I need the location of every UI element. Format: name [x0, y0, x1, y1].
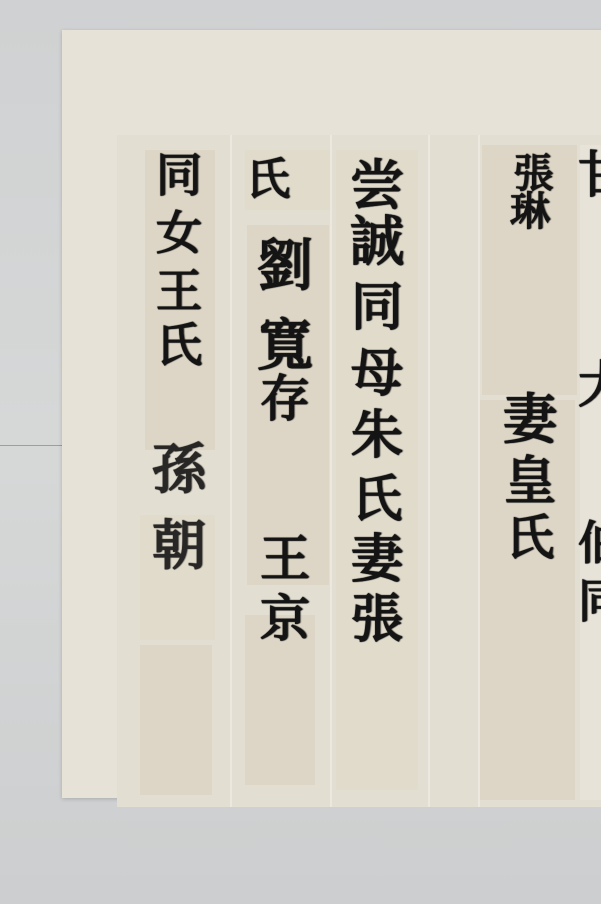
- seal-character: 存: [260, 374, 310, 424]
- seal-character: 王: [156, 268, 202, 314]
- seal-character: 張: [351, 594, 403, 646]
- seal-character: 氏: [352, 474, 402, 524]
- seal-character: 氏: [506, 514, 554, 562]
- seal-character: 妻: [503, 392, 557, 446]
- seal-character: 皇: [504, 456, 556, 508]
- seal-character: 同: [578, 578, 601, 624]
- seal-character: 劉: [257, 238, 313, 294]
- seal-character: 寬: [257, 318, 313, 374]
- text-column-4: 張 琳 妻 皇 氏: [484, 152, 576, 562]
- seal-character: 氏: [156, 322, 202, 368]
- seal-character: 琳: [510, 192, 550, 232]
- seal-character: 尝: [350, 158, 404, 212]
- seal-character: 朝: [152, 518, 206, 572]
- seal-character: 妻: [351, 534, 403, 586]
- text-column-2: 氏 劉 寬 存 王 京: [246, 158, 324, 644]
- text-column-3: 尝 誠 同 母 朱 氏 妻 張: [338, 158, 416, 646]
- seal-character: 王: [260, 534, 310, 584]
- mount-divider: [230, 135, 232, 807]
- seal-character: 女: [156, 210, 202, 256]
- mount-divider: [330, 135, 332, 807]
- seal-character: 孫: [152, 442, 206, 496]
- text-column-5-partial: 甘 大 伯 同: [578, 150, 601, 624]
- seal-character: 朱: [351, 410, 403, 462]
- seal-character: 京: [260, 594, 310, 644]
- mount-divider: [428, 135, 430, 807]
- seal-character: 同: [351, 282, 403, 334]
- character-pair: 張: [510, 152, 550, 192]
- backdrop-edge-line: [0, 445, 62, 446]
- seal-character: 同: [156, 152, 202, 198]
- seal-character: 大: [578, 360, 601, 410]
- seal-character: 母: [351, 348, 403, 400]
- seal-character: 甘: [578, 150, 601, 200]
- seal-character: 張: [510, 152, 550, 192]
- text-column-1: 同 女 王 氏 孫 朝: [148, 152, 210, 572]
- paper-strip: [140, 645, 212, 795]
- seal-character: 伯: [578, 520, 601, 566]
- seal-character: 氏: [246, 158, 290, 202]
- seal-character: 誠: [350, 214, 404, 268]
